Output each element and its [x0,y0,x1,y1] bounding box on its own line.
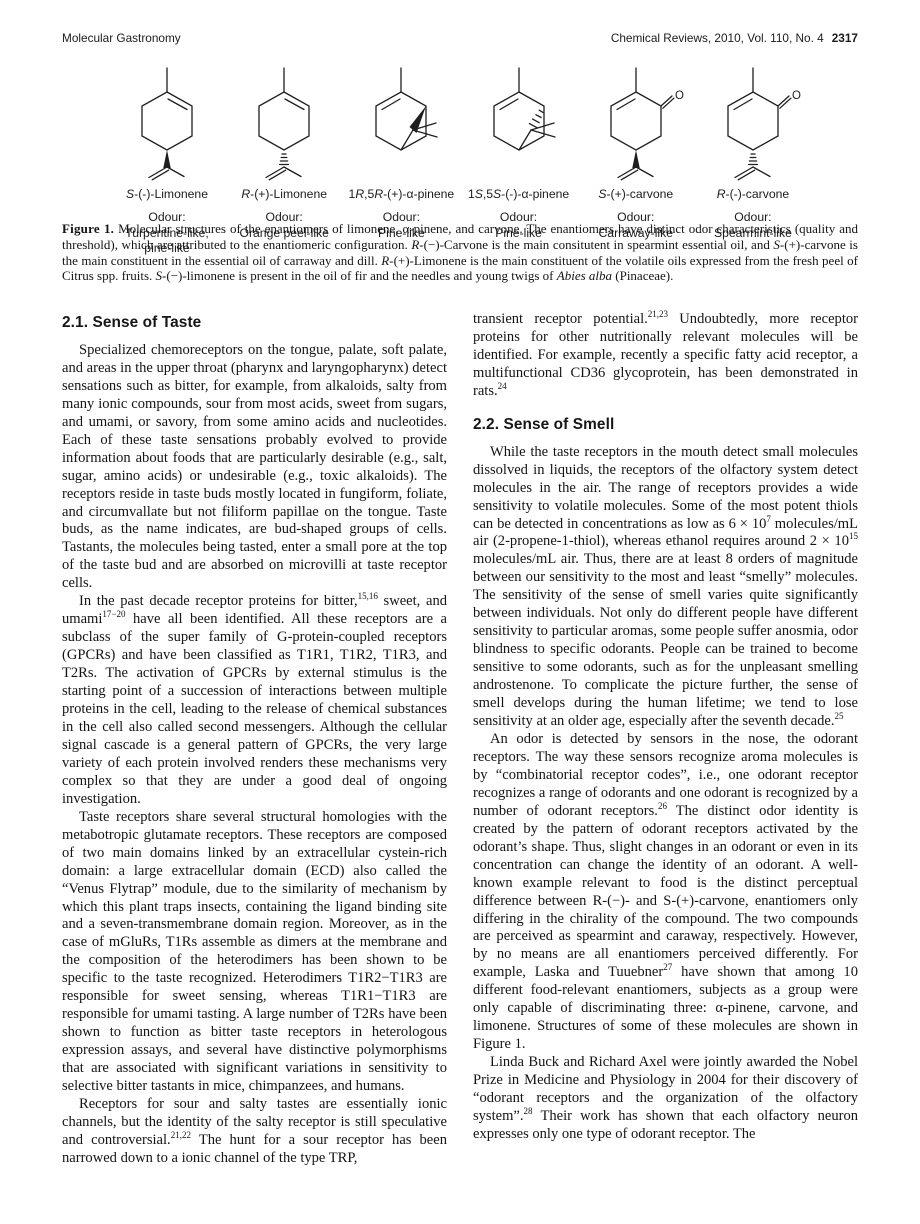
molecule-structure-drawing: O [581,56,691,186]
body-columns: 2.1. Sense of Taste Specialized chemorec… [62,311,858,1168]
molecule-name: 1S,5S-(-)-α-pinene [468,187,569,201]
molecule-pinene-r: 1R,5R-(+)-α-pineneOdour:Pine-like [346,56,456,241]
running-head-title: Molecular Gastronomy [62,31,181,45]
molecule-carvone-r: OR-(-)-carvoneOdour:Spearmint-like [698,56,808,241]
oxygen-atom-label: O [675,90,684,102]
paragraph: Linda Buck and Richard Axel were jointly… [473,1054,858,1144]
paragraph: Specialized chemoreceptors on the tongue… [62,342,447,593]
running-head: Molecular Gastronomy Chemical Reviews, 2… [62,31,858,45]
molecule-structure-drawing [229,56,339,186]
molecule-carvone-s: OS-(+)-carvoneOdour:Carraway-like [581,56,691,241]
oxygen-atom-label: O [792,90,801,102]
running-head-journal-info: Chemical Reviews, 2010, Vol. 110, No. 4 … [611,31,858,45]
journal-page: Molecular Gastronomy Chemical Reviews, 2… [0,0,920,1224]
molecule-pinene-s: 1S,5S-(-)-α-pineneOdour:Pine-like [464,56,574,241]
continuation-paragraph: transient receptor potential.21,23 Undou… [473,311,858,401]
molecule-name: S-(-)-Limonene [126,187,208,201]
molecule-limonene-r: R-(+)-LimoneneOdour:Orange peel-like [229,56,339,241]
paragraph: An odor is detected by sensors in the no… [473,731,858,1054]
molecule-structure-drawing: O [698,56,808,186]
paragraph: While the taste receptors in the mouth d… [473,444,858,731]
molecule-name: R-(+)-Limonene [241,187,327,201]
section-heading-sense-of-smell: 2.2. Sense of Smell [473,416,858,434]
left-column-paragraphs: Specialized chemoreceptors on the tongue… [62,342,447,1168]
molecule-structure-drawing [346,56,456,186]
journal-citation: Chemical Reviews, 2010, Vol. 110, No. 4 [611,31,824,45]
figure-1-caption: Figure 1. Molecular structures of the en… [62,221,858,284]
right-column-paragraphs: While the taste receptors in the mouth d… [473,444,858,1144]
page-number: 2317 [832,31,858,45]
molecule-name: S-(+)-carvone [598,187,673,201]
molecule-structure-drawing [112,56,222,186]
right-column: transient receptor potential.21,23 Undou… [473,311,858,1168]
paragraph: Receptors for sour and salty tastes are … [62,1096,447,1168]
molecule-name: R-(-)-carvone [717,187,789,201]
left-column: 2.1. Sense of Taste Specialized chemorec… [62,311,447,1168]
molecule-structure-drawing [464,56,574,186]
molecule-name: 1R,5R-(+)-α-pinene [349,187,455,201]
section-heading-sense-of-taste: 2.1. Sense of Taste [62,314,447,332]
paragraph: In the past decade receptor proteins for… [62,593,447,808]
paragraph: Taste receptors share several structural… [62,809,447,1096]
